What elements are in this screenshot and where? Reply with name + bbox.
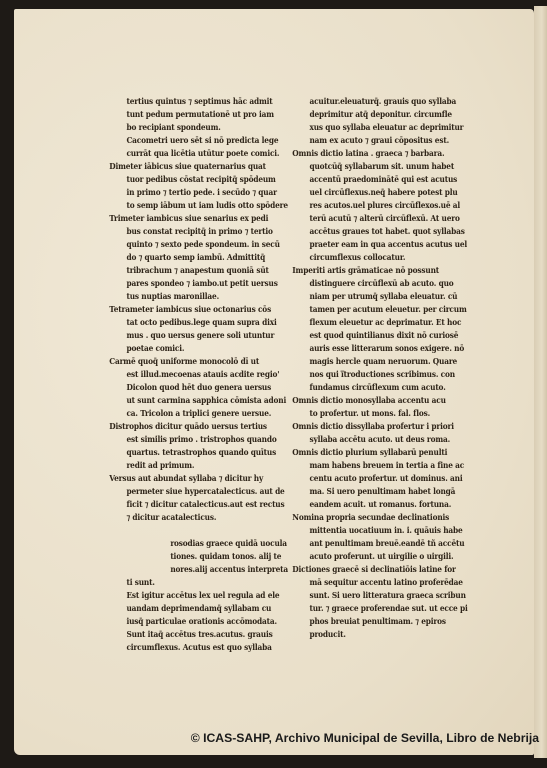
text-line: deprimitur atq̄ deponitur. circumfle <box>300 109 472 122</box>
text-line: tunt pedum permutationē ut pro iam <box>117 109 286 122</box>
text-line: accentū praedominātē qui est acutus <box>300 174 472 187</box>
text-line: accētus graues tot habet. quot syllabas <box>300 226 472 239</box>
text-line: est similis primo . tristrophos quando <box>117 434 286 447</box>
text-line: mā sequitur accentu latino proferēdae <box>300 577 472 590</box>
text-line: tur. ⁊ graece proferendae sut. ut ecce p… <box>300 603 472 616</box>
text-line: to profertur. ut mons. fal. flos. <box>300 408 472 421</box>
text-line: distinguere circūflexū ab acuto. quo <box>300 278 472 291</box>
text-line: in primo ⁊ tertio pede. i secūdo ⁊ quar <box>117 187 286 200</box>
text-line: res acutos.uel plures circūflexos.uē al <box>300 200 472 213</box>
text-line: Trimeter iambicus siue senarius ex pedi <box>109 213 285 226</box>
text-line: Distrophos dicitur quādo uersus tertius <box>109 421 285 434</box>
text-line: nos qui i̅troductiones scribimus. con <box>300 369 472 382</box>
text-line: mus . quo uersus genere soli utuntur <box>117 330 286 343</box>
text-line: uandam deprimendamq̄ syllabam cu <box>117 603 286 616</box>
text-line: Tetrameter iambicus siue octonarius cōs <box>109 304 285 317</box>
text-line: mittentia uocatiuum in. i. quāuis habe <box>300 525 472 538</box>
text-line: tertius quintus ⁊ septimus hāc admit <box>117 96 286 109</box>
adjacent-page-edge <box>534 6 547 758</box>
text-line: Imperiti artis grāmaticae nō possunt <box>292 265 472 278</box>
text-line: auris esse litterarum sonos exigere. nō <box>300 343 472 356</box>
text-line: circumflexus collocatur. <box>300 252 472 265</box>
text-line: ca. Tricolon a triplici genere uersue. <box>117 408 286 421</box>
text-line: Est igitur accētus lex uel regula ad ele <box>117 590 286 603</box>
text-line: tribrachum ⁊ anapestum quoniā sūt <box>117 265 286 278</box>
text-line: Versus aut abundat syllaba ⁊ dicitur hy <box>109 473 285 486</box>
text-line: fundamus circūflexum cum acuto. <box>300 382 472 395</box>
text-line: sunt. Si uero litteratura graeca scribun <box>300 590 472 603</box>
text-line: Dimeter iābicus siue quaternarius quat <box>109 161 285 174</box>
text-line: xus quo syllaba eleuatur ac deprimitur <box>300 122 472 135</box>
text-line: ⁊ dicitur acatalecticus. <box>117 512 286 525</box>
text-line: pares spondeo ⁊ iambo.ut petit uersus <box>117 278 286 291</box>
text-line: quotcūq̄ syllabarum sit. unum habet <box>300 161 472 174</box>
right-text-column: acuitur.eleuaturq̄. grauis quo syllabade… <box>300 96 472 642</box>
text-line: Carmē quoq̄ uniforme monocolō dī ut <box>109 356 285 369</box>
text-line: do ⁊ quarto semp iambū. Admittitq̄ <box>117 252 286 265</box>
text-line: Omnis dictio dissyllaba profertur i prio… <box>292 421 472 434</box>
text-line: tamen per acutum eleuetur. per circum <box>300 304 472 317</box>
text-line: magis hercle quam neruorum. Quare <box>300 356 472 369</box>
text-line: circumflexus. Acutus est quo syllaba <box>117 642 286 655</box>
text-line: bus constat recipitq̄ in primo ⁊ tertio <box>117 226 286 239</box>
text-line: est illud.mecoenas atauis acdite regio' <box>117 369 286 382</box>
text-line: Omnis dictio latina . graeca ⁊ barbara. <box>292 148 472 161</box>
text-line: phos breuiat penultimam. ⁊ epiros <box>300 616 472 629</box>
text-line: iusq̄ particulae orationis accōmodata. <box>117 616 286 629</box>
text-line: niam per utrumq̄ syllaba eleuatur. cū <box>300 291 472 304</box>
text-line: quartus. tetrastrophos quando quītus <box>117 447 286 460</box>
text-line: Sunt itaq̄ accētus tres.acutus. grauis <box>117 629 286 642</box>
text-line: acuto proferunt. ut uirgilie o uirgili. <box>300 551 472 564</box>
text-line: eandem acuit. ut romanus. fortuna. <box>300 499 472 512</box>
text-line: flexum eleuetur ac deprimatur. Et hoc <box>300 317 472 330</box>
text-line: ma. Si uero penultimam habet longā <box>300 486 472 499</box>
left-text-column: tertius quintus ⁊ septimus hāc admittunt… <box>117 96 286 655</box>
text-line: ti sunt. <box>117 577 286 590</box>
text-line: Dictiones graecē si declinatiōis latine … <box>292 564 472 577</box>
text-line: tuor pedibus cōstat recipitq̄ spōdeum <box>117 174 286 187</box>
text-line: syllaba accētu acuto. ut deus roma. <box>300 434 472 447</box>
text-line: permeter siue hypercatalecticus. aut de <box>117 486 286 499</box>
text-line: ficit ⁊ dicitur catalecticus.aut est rec… <box>117 499 286 512</box>
text-line: terū acutū ⁊ alterū circūflexū. At uero <box>300 213 472 226</box>
text-line: mam habens breuem in tertia a fine ac <box>300 460 472 473</box>
text-line: ant penultimam breuē.eandē tñ accētu <box>300 538 472 551</box>
text-line: est quod quintilianus dixit nō curiosē <box>300 330 472 343</box>
text-line: rosodias graece quidā uocula <box>117 538 286 551</box>
text-line: centu acuto profertur. ut dominus. ani <box>300 473 472 486</box>
text-line: producit. <box>300 629 472 642</box>
copyright-notice: © ICAS-SAHP, Archivo Municipal de Sevill… <box>191 731 539 745</box>
text-line: tus nuptias maronillae. <box>117 291 286 304</box>
text-line: uel circūflexus.neq̄ habere potest plu <box>300 187 472 200</box>
text-line: to semp iābum ut iam ludis otto spōdere <box>117 200 286 213</box>
text-line: quinto ⁊ sexto pede spondeum. in secū <box>117 239 286 252</box>
text-line: tat octo pedibus.lege quam supra dixi <box>117 317 286 330</box>
text-line: Cacometri uero sēt si nō predicta lege <box>117 135 286 148</box>
text-line: currāt qua licētia utūtur poete comici. <box>117 148 286 161</box>
text-line: redit ad primum. <box>117 460 286 473</box>
text-line: poetae comici. <box>117 343 286 356</box>
text-line: acuitur.eleuaturq̄. grauis quo syllaba <box>300 96 472 109</box>
text-line: Dicolon quod hēt duo genera uersus <box>117 382 286 395</box>
text-line: Omnis dictio monosyllaba accentu acu <box>292 395 472 408</box>
text-line: Omnis dictio plurium syllabarū penulti <box>292 447 472 460</box>
blank-line <box>117 525 286 538</box>
text-line: praeter eam in qua accentus acutus uel <box>300 239 472 252</box>
text-line: bo recipiant spondeum. <box>117 122 286 135</box>
text-line: Nomina propria secundae declinationis <box>292 512 472 525</box>
text-line: tiones. quidam tonos. alij te <box>117 551 286 564</box>
text-line: ut sunt carmina sapphica cōmista adoni <box>117 395 286 408</box>
text-line: nores.alij accentus interpreta <box>117 564 286 577</box>
text-line: nam ex acuto ⁊ graui cōpositus est. <box>300 135 472 148</box>
